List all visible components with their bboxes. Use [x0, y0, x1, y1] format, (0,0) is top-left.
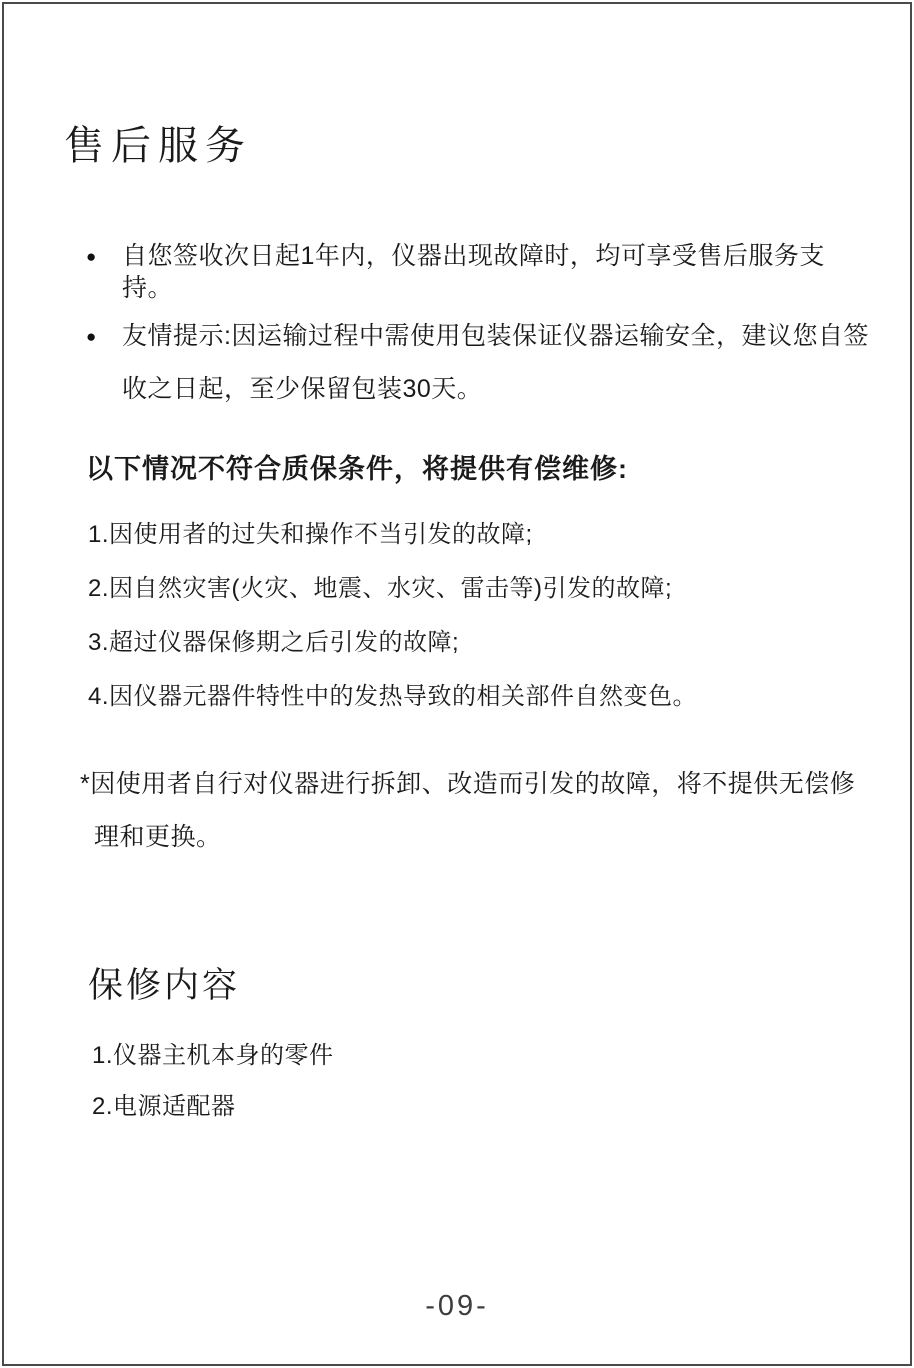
warranty-list: 1.仪器主机本身的零件 2.电源适配器 [92, 1030, 874, 1132]
bullet-text: 友情提示:因运输过程中需使用包装保证仪器运输安全，建议您自签 收之日起，至少保留… [122, 320, 869, 405]
list-item: 1.因使用者的过失和操作不当引发的故障; [88, 508, 874, 562]
bullet-line: 友情提示:因运输过程中需使用包装保证仪器运输安全，建议您自签 [122, 320, 869, 352]
paid-repair-heading: 以下情况不符合质保条件，将提供有偿维修: [86, 447, 628, 486]
manual-page: 售后服务 ● 自您签收次日起1年内，仪器出现故障时，均可享受售后服务支持。 ● … [0, 0, 914, 1368]
warranty-heading: 保修内容 [88, 958, 240, 1008]
list-item: 3.超过仪器保修期之后引发的故障; [88, 616, 874, 670]
paid-repair-list: 1.因使用者的过失和操作不当引发的故障; 2.因自然灾害(火灾、地震、水灾、雷击… [88, 508, 874, 724]
list-item: 2.电源适配器 [92, 1081, 874, 1132]
page-title: 售后服务 [64, 124, 252, 168]
footnote-line: *因使用者自行对仪器进行拆卸、改造而引发的故障，将不提供无偿修 [80, 758, 874, 811]
bullet-item: ● 友情提示:因运输过程中需使用包装保证仪器运输安全，建议您自签 收之日起，至少… [86, 320, 874, 405]
list-item: 4.因仪器元器件特性中的发热导致的相关部件自然变色。 [88, 670, 874, 724]
list-item: 1.仪器主机本身的零件 [92, 1030, 874, 1081]
bullet-line: 收之日起，至少保留包装30天。 [122, 373, 869, 405]
list-item: 2.因自然灾害(火灾、地震、水灾、雷击等)引发的故障; [88, 562, 874, 616]
bullet-icon: ● [86, 322, 104, 352]
bullet-line: 自您签收次日起1年内，仪器出现故障时，均可享受售后服务支持。 [122, 240, 874, 304]
footnote-line: 理和更换。 [80, 811, 874, 864]
footnote: *因使用者自行对仪器进行拆卸、改造而引发的故障，将不提供无偿修 理和更换。 [80, 758, 874, 864]
bullet-item: ● 自您签收次日起1年内，仪器出现故障时，均可享受售后服务支持。 [86, 240, 874, 304]
page-number: -09- [0, 1290, 914, 1323]
bullet-text: 自您签收次日起1年内，仪器出现故障时，均可享受售后服务支持。 [122, 240, 874, 304]
bullet-icon: ● [86, 242, 104, 272]
